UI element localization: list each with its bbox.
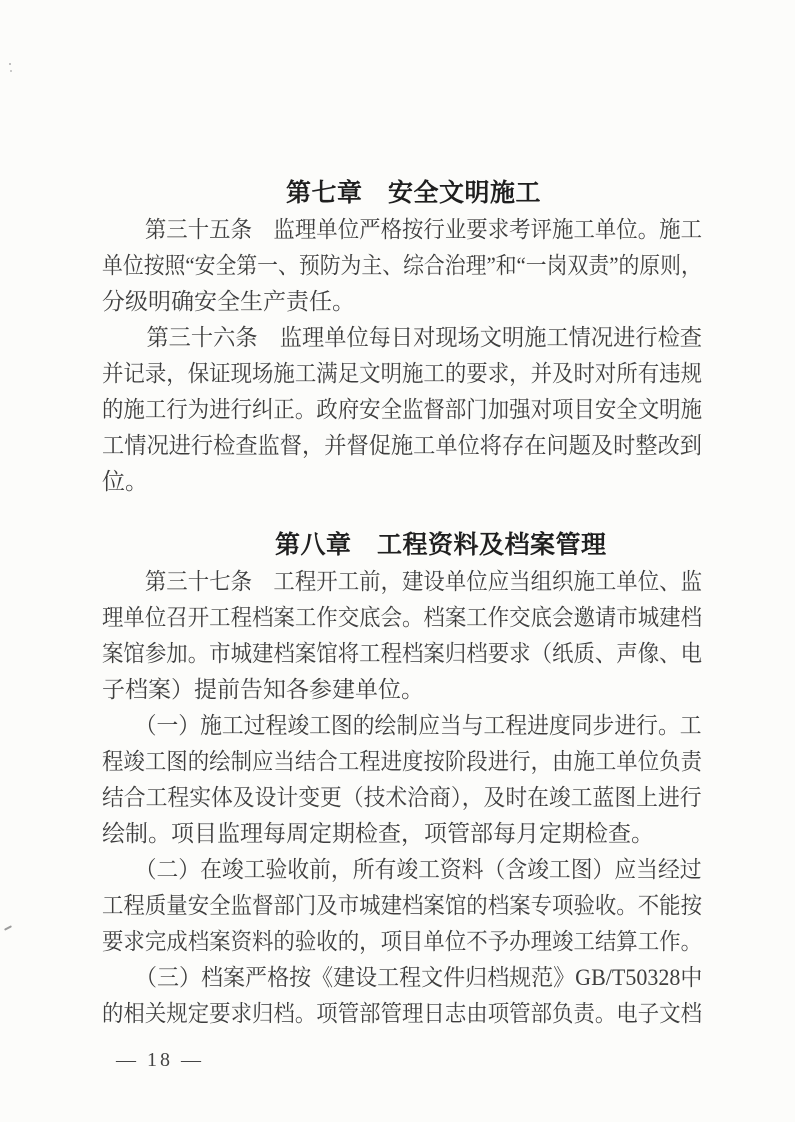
text-line: 子档案）提前告知各参建单位。 [102,672,702,708]
chapter-section-1: 第七章 安全文明施工 第三十五条 监理单位严格按行业要求考评施工单位。施工单位按… [102,174,702,500]
paragraph: （一）施工过程竣工图的绘制应当与工程进度同步进行。工程竣工图的绘制应当结合工程进… [102,708,702,852]
text-line: 的施工行为进行纠正。政府安全监督部门加强对项目安全文明施 [102,392,661,428]
document-page: 第七章 安全文明施工 第三十五条 监理单位严格按行业要求考评施工单位。施工单位按… [0,0,795,1122]
text-line: 工程质量安全监督部门及市城建档案馆的档案专项验收。不能按 [102,888,661,924]
chapter-heading: 第七章 安全文明施工 [102,174,702,212]
text-line: 分级明确安全生产责任。 [102,284,702,320]
text-line: 第三十六条 监理单位每日对现场文明施工情况进行检查 [102,320,682,356]
text-line: 程竣工图的绘制应当结合工程进度按阶段进行，由施工单位负责 [102,744,661,780]
text-line: 工情况进行检查监督，并督促施工单位将存在问题及时整改到 [102,428,682,464]
text-line: 并记录，保证现场施工满足文明施工的要求，并及时对所有违规 [102,356,661,392]
page-number: — 18 — [116,1049,204,1072]
paragraph: （二）在竣工验收前，所有竣工资料（含竣工图）应当经过工程质量安全监督部门及市城建… [102,852,702,960]
scan-artifact [4,925,12,931]
text-line: 要求完成档案资料的验收的，项目单位不予办理竣工结算工作。 [102,924,661,960]
text-line: 位。 [102,464,702,500]
paragraph: （三）档案严格按《建设工程文件归档规范》GB/T50328中的相关规定要求归档。… [102,960,702,1032]
text-line: 绘制。项目监理每周定期检查，项管部每月定期检查。 [102,816,702,852]
paragraph: 第三十五条 监理单位严格按行业要求考评施工单位。施工单位按照“安全第一、预防为主… [102,212,702,320]
text-line: （一）施工过程竣工图的绘制应当与工程进度同步进行。工 [102,708,671,744]
text-line: 结合工程实体及设计变更（技术洽商），及时在竣工蓝图上进行 [102,780,671,816]
text-line: 第三十七条 工程开工前，建设单位应当组织施工单位、监 [102,564,661,600]
text-line: 单位按照“安全第一、预防为主、综合治理”和“一岗双责”的原则， [102,248,646,284]
text-line: （二）在竣工验收前，所有竣工资料（含竣工图）应当经过 [102,852,671,888]
chapter-heading: 第八章 工程资料及档案管理 [102,526,702,564]
chapter-section-2: 第八章 工程资料及档案管理 第三十七条 工程开工前，建设单位应当组织施工单位、监… [102,526,702,1032]
scan-artifact [9,63,11,65]
text-line: 的相关规定要求归档。项管部管理日志由项管部负责。电子文档 [102,996,661,1032]
paragraph: 第三十六条 监理单位每日对现场文明施工情况进行检查并记录，保证现场施工满足文明施… [102,320,702,500]
document-content: 第七章 安全文明施工 第三十五条 监理单位严格按行业要求考评施工单位。施工单位按… [102,174,702,1032]
text-line: 第三十五条 监理单位严格按行业要求考评施工单位。施工 [102,212,661,248]
text-line: 理单位召开工程档案工作交底会。档案工作交底会邀请市城建档 [102,600,661,636]
text-line: 案馆参加。市城建档案馆将工程档案归档要求（纸质、声像、电 [102,636,661,672]
text-line: （三）档案严格按《建设工程文件归档规范》GB/T50328中 [102,960,676,996]
paragraph: 第三十七条 工程开工前，建设单位应当组织施工单位、监理单位召开工程档案工作交底会… [102,564,702,708]
